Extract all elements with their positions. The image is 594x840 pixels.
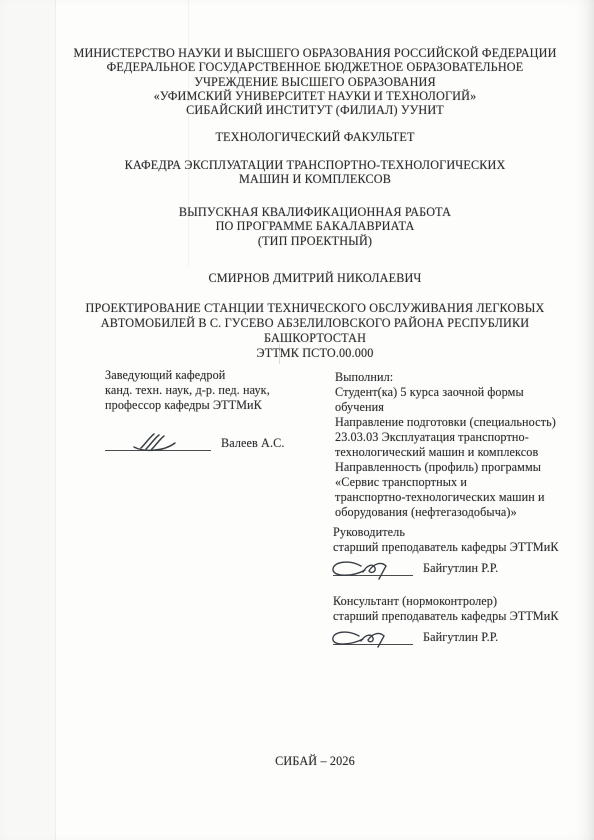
signature-line bbox=[333, 575, 413, 576]
performer-line: технологический машин и комплексов bbox=[335, 445, 585, 460]
signature-line bbox=[333, 644, 413, 645]
department-line: КАФЕДРА ЭКСПЛУАТАЦИИ ТРАНСПОРТНО-ТЕХНОЛО… bbox=[48, 158, 582, 172]
consultant-position: старший преподаватель кафедры ЭТТМиК bbox=[333, 609, 588, 624]
author-name: СМИРНОВ ДМИТРИЙ НИКОЛАЕВИЧ bbox=[48, 271, 582, 285]
work-type: ВЫПУСКНАЯ КВАЛИФИКАЦИОННАЯ РАБОТА ПО ПРО… bbox=[48, 205, 582, 248]
work-type-line: ПО ПРОГРАММЕ БАКАЛАВРИАТА bbox=[48, 219, 582, 233]
consultant-block: Консультант (нормоконтролер) старший пре… bbox=[333, 594, 588, 645]
approval-signature-row: Валеев А.С. bbox=[105, 431, 325, 451]
work-type-line: (ТИП ПРОЕКТНЫЙ) bbox=[48, 234, 582, 248]
approval-role-line: канд. техн. наук, д-р. пед. наук, bbox=[105, 383, 325, 398]
faculty-name: ТЕХНОЛОГИЧЕСКИЙ ФАКУЛЬТЕТ bbox=[48, 130, 582, 144]
department-line: МАШИН И КОМПЛЕКСОВ bbox=[48, 172, 582, 186]
title-line: БАШКОРТОСТАН bbox=[48, 331, 582, 346]
header-line: МИНИСТЕРСТВО НАУКИ И ВЫСШЕГО ОБРАЗОВАНИЯ… bbox=[48, 46, 582, 60]
approval-signer-name: Валеев А.С. bbox=[221, 436, 284, 451]
approval-role-line: Заведующий кафедрой bbox=[105, 368, 325, 383]
consultant-signature-row: Байгутлин Р.Р. bbox=[333, 627, 588, 645]
performer-line: «Сервис транспортных и bbox=[335, 475, 585, 490]
performer-line: транспортно-технологических машин и bbox=[335, 490, 585, 505]
thesis-title: ПРОЕКТИРОВАНИЕ СТАНЦИИ ТЕХНИЧЕСКОГО ОБСЛ… bbox=[48, 301, 582, 361]
header-line: УЧРЕЖДЕНИЕ ВЫСШЕГО ОБРАЗОВАНИЯ bbox=[48, 75, 582, 89]
performer-line: обучения bbox=[335, 400, 585, 415]
consultant-signer-name: Байгутлин Р.Р. bbox=[423, 630, 498, 645]
department-name: КАФЕДРА ЭКСПЛУАТАЦИИ ТРАНСПОРТНО-ТЕХНОЛО… bbox=[48, 158, 582, 187]
performer-line: Студент(ка) 5 курса заочной формы bbox=[335, 385, 585, 400]
signature-baygutlin-icon bbox=[325, 626, 397, 650]
approval-block: Заведующий кафедрой канд. техн. наук, д-… bbox=[105, 368, 325, 451]
document-code: ЭТТМК ПСТО.00.000 bbox=[48, 346, 582, 361]
performer-line: 23.03.03 Эксплуатация транспортно- bbox=[335, 430, 585, 445]
approval-role-line: профессор кафедры ЭТТМиК bbox=[105, 398, 325, 413]
signature-baygutlin-icon bbox=[325, 557, 397, 581]
header-line: ФЕДЕРАЛЬНОЕ ГОСУДАРСТВЕННОЕ БЮДЖЕТНОЕ ОБ… bbox=[48, 60, 582, 74]
ministry-header: МИНИСТЕРСТВО НАУКИ И ВЫСШЕГО ОБРАЗОВАНИЯ… bbox=[48, 46, 582, 117]
performer-line: оборудования (нефтегазодобыча)» bbox=[335, 505, 585, 520]
performer-line: Направление подготовки (специальность) bbox=[335, 415, 585, 430]
institute-name: СИБАЙСКИЙ ИНСТИТУТ (ФИЛИАЛ) УУНИТ bbox=[48, 103, 582, 117]
supervisor-signature-row: Байгутлин Р.Р. bbox=[333, 558, 583, 576]
supervisor-block: Руководитель старший преподаватель кафед… bbox=[333, 525, 583, 576]
supervisor-role: Руководитель bbox=[333, 525, 583, 540]
scanned-title-page: МИНИСТЕРСТВО НАУКИ И ВЫСШЕГО ОБРАЗОВАНИЯ… bbox=[0, 0, 594, 840]
performer-line: Направленность (профиль) программы bbox=[335, 460, 585, 475]
university-name: «УФИМСКИЙ УНИВЕРСИТЕТ НАУКИ И ТЕХНОЛОГИЙ… bbox=[48, 89, 582, 103]
scan-left-margin bbox=[0, 0, 55, 840]
city-year-footer: СИБАЙ – 2026 bbox=[48, 754, 582, 768]
paper-edge-crease bbox=[55, 0, 56, 840]
signature-line bbox=[105, 450, 211, 451]
performer-label: Выполнил: bbox=[335, 370, 585, 385]
supervisor-signer-name: Байгутлин Р.Р. bbox=[423, 561, 498, 576]
title-line: ПРОЕКТИРОВАНИЕ СТАНЦИИ ТЕХНИЧЕСКОГО ОБСЛ… bbox=[48, 301, 582, 316]
title-line: АВТОМОБИЛЕЙ В С. ГУСЕВО АБЗЕЛИЛОВСКОГО Р… bbox=[48, 316, 582, 331]
consultant-role: Консультант (нормоконтролер) bbox=[333, 594, 588, 609]
signature-valeev-icon bbox=[131, 431, 189, 453]
performer-block: Выполнил: Студент(ка) 5 курса заочной фо… bbox=[335, 370, 585, 520]
supervisor-position: старший преподаватель кафедры ЭТТМиК bbox=[333, 540, 583, 555]
work-type-line: ВЫПУСКНАЯ КВАЛИФИКАЦИОННАЯ РАБОТА bbox=[48, 205, 582, 219]
